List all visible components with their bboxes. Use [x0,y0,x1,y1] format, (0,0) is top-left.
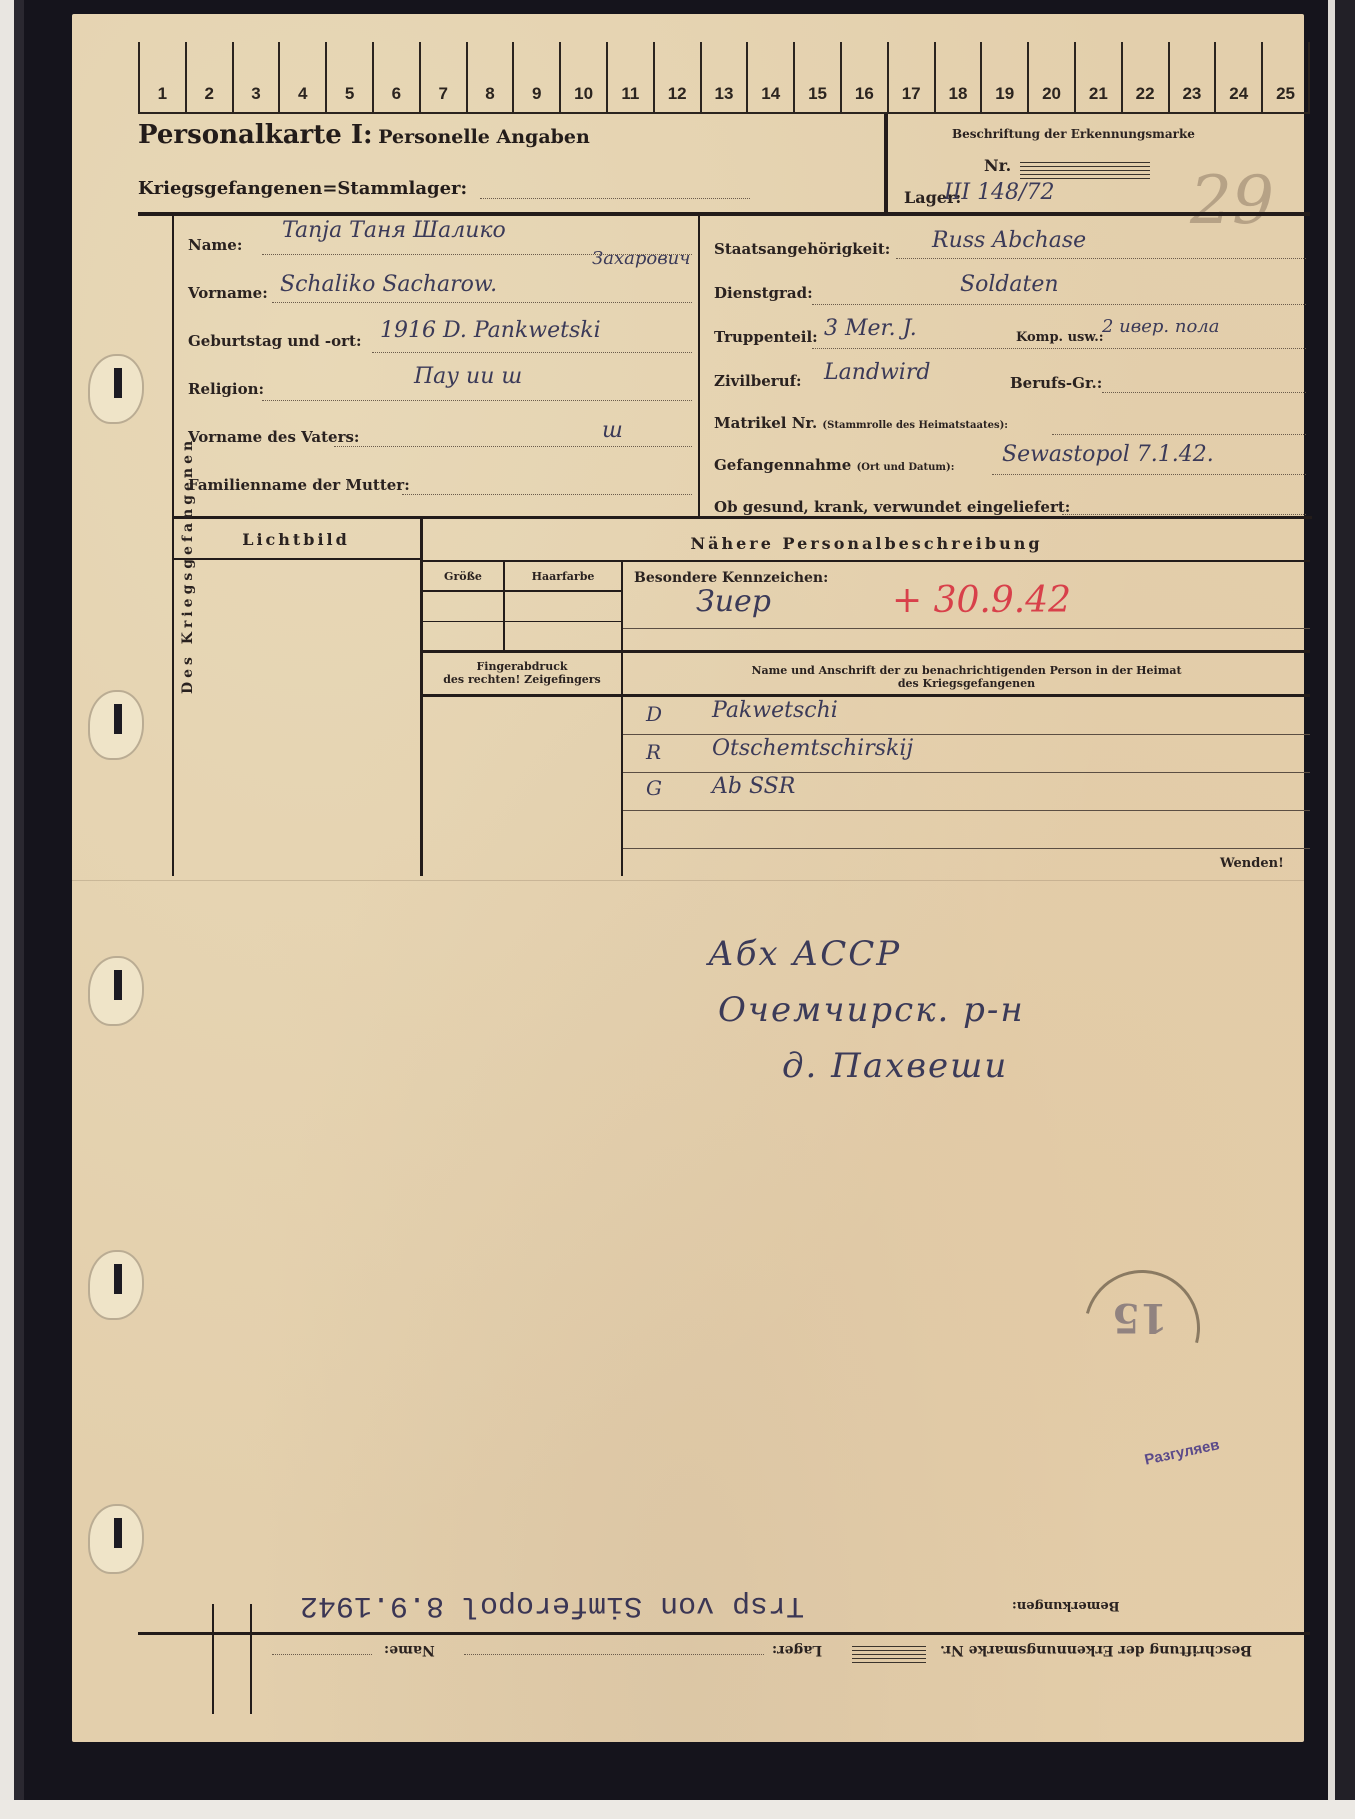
rule [423,590,623,592]
nr-lines [1020,162,1150,182]
field-value-company: 2 ивер. пола [1102,316,1219,337]
rule [423,621,623,622]
number-cell: 22 [1121,42,1168,112]
card-title: Personalkarte I: Personelle Angaben [138,120,590,150]
field-label-nationality: Staatsangehörigkeit: [714,240,890,258]
field-value-patronymic: Захарович [592,248,690,269]
number-cell: 5 [325,42,372,112]
punch-hole [88,690,144,760]
number-strip: 1234567891011121314151617181920212223242… [138,42,1310,114]
fold-line [72,880,1304,881]
nr-label: Nr. [984,156,1011,175]
field-label-job-group: Berufs-Gr.: [1010,374,1102,392]
rule [250,1604,252,1714]
contact-prefix-2: R [646,740,661,764]
bottom-nr-lines [852,1646,926,1664]
line [272,302,692,303]
scan-edge-dark [14,0,24,1819]
field-label-matrikel: Matrikel Nr. (Stammrolle des Heimatstaat… [714,414,1008,432]
contact-line-1: Pakwetschi [712,698,838,723]
number-cell: 25 [1261,42,1310,112]
field-value-religion: Пау ии ш [414,364,522,389]
field-label-birth: Geburtstag und -ort: [188,332,362,350]
number-cell: 24 [1214,42,1261,112]
scan-edge-left [0,0,14,1819]
photo-label: Lichtbild [172,530,420,549]
field-value-vorname: Schaliko Sacharow. [280,272,497,297]
line [896,258,1306,259]
scan-edge-right-light [1328,0,1335,1800]
field-label-capture: Gefangennahme (Ort und Datum): [714,456,954,474]
rule [623,848,1310,849]
number-cell: 13 [700,42,747,112]
line [272,1654,372,1655]
matrikel-sublabel: (Stammrolle des Heimatstaates): [822,420,1008,431]
number-cell: 10 [559,42,606,112]
line [464,1654,764,1655]
line [1102,392,1306,393]
capture-label: Gefangennahme [714,456,851,474]
contact-prefix-1: D [646,702,662,726]
address-line-1: Абх АССР [708,934,901,974]
death-note: + 30.9.42 [892,580,1071,621]
bottom-tag-label: Beschriftung der Erkennungsmarke Nr. [940,1642,1252,1658]
fingerprint-label: Fingerabdruck des rechten! Zeigefingers [423,660,621,686]
matrikel-label: Matrikel Nr. [714,414,817,432]
field-label-name: Name: [188,236,242,254]
rule [623,772,1310,773]
scan-edge-right [1335,0,1355,1819]
line [372,352,692,353]
line [1062,514,1306,515]
number-cell: 1 [138,42,185,112]
rule [138,1632,1310,1635]
number-cell: 14 [746,42,793,112]
stamp-number: 15 [1112,1294,1168,1341]
lager-value: III 148/72 [944,180,1054,205]
fingerprint-label-2: des rechten! Zeigefingers [423,673,621,686]
field-label-civil-job: Zivilberuf: [714,372,802,390]
contact-header-2: des Kriegsgefangenen [623,677,1310,690]
description-header: Nähere Personalbeschreibung [423,534,1310,553]
number-cell: 9 [512,42,559,112]
contact-prefix-3: G [646,776,662,800]
field-label-father: Vorname des Vaters: [188,428,359,446]
field-value-name: Tanja Таня Шалико [282,218,506,243]
contact-line-3: Ab SSR [712,774,795,799]
field-label-health: Ob gesund, krank, verwundet eingeliefert… [714,498,1070,516]
field-label-company: Komp. usw.: [1016,330,1104,345]
line [262,400,692,401]
rule [423,694,1310,697]
number-cell: 15 [793,42,840,112]
number-cell: 4 [278,42,325,112]
punch-hole [88,956,144,1026]
number-cell: 7 [419,42,466,112]
title-sub: Personelle Angaben [378,126,590,148]
bottom-lager-label: Lager: [772,1642,822,1658]
field-value-father: ш [602,418,623,443]
number-cell: 17 [887,42,934,112]
field-value-capture: Sewastopol 7.1.42. [1002,442,1214,467]
number-cell: 21 [1074,42,1121,112]
tag-box-title: Beschriftung der Erkennungsmarke [952,127,1195,141]
rule [623,810,1310,811]
rule [423,650,1310,653]
rule [621,562,623,876]
field-label-vorname: Vorname: [188,284,268,302]
number-cell: 8 [466,42,513,112]
contact-line-2: Otschemtschirskij [712,736,913,761]
rule [423,560,1310,562]
field-label-rank: Dienstgrad: [714,284,813,302]
number-cell: 11 [606,42,653,112]
number-cell: 2 [185,42,232,112]
punch-hole [88,1504,144,1574]
size-label: Größe [423,570,503,583]
rule [172,516,1312,519]
remarks-label: Bemerkungen: [1012,1598,1120,1613]
number-cell: 12 [653,42,700,112]
contact-header-1: Name und Anschrift der zu benachrichtige… [623,664,1310,677]
marks-value: Зиер [696,584,771,619]
title-main: Personalkarte I: [138,120,373,150]
punch-hole [88,1250,144,1320]
hair-label: Haarfarbe [505,570,621,583]
transport-note: Trsp von Simferopol 8.9.1942 [300,1588,804,1622]
stammlager-line [480,198,750,199]
line [402,494,692,495]
fingerprint-label-1: Fingerabdruck [423,660,621,673]
field-label-mother: Familienname der Mutter: [188,476,410,494]
contact-header: Name und Anschrift der zu benachrichtige… [623,664,1310,690]
bottom-name-label: Name: [384,1642,435,1658]
address-line-3: д. Пахвеши [782,1046,1008,1086]
number-cell: 6 [372,42,419,112]
capture-sublabel: (Ort und Datum): [857,462,955,473]
field-value-civil-job: Landwird [824,360,930,385]
address-line-2: Очемчирск. р-н [718,990,1025,1030]
number-cell: 18 [934,42,981,112]
rule [623,734,1310,735]
field-value-unit: 3 Mer. J. [824,316,917,341]
rule [212,1604,214,1714]
divider [884,114,888,216]
personal-card: 1234567891011121314151617181920212223242… [72,14,1304,1742]
stammlager-label: Kriegsgefangenen=Stammlager: [138,178,467,199]
turn-over-label: Wenden! [1220,856,1284,871]
rule [698,212,700,518]
field-value-birth: 1916 D. Pankwetski [380,318,601,343]
number-cell: 3 [232,42,279,112]
line [812,348,1306,349]
scan-edge-bottom [0,1800,1355,1819]
field-label-religion: Religion: [188,380,264,398]
number-cell: 23 [1168,42,1215,112]
rule [172,558,420,560]
field-value-nationality: Russ Abchase [932,228,1086,253]
line [1052,434,1306,435]
rule [138,212,1310,216]
number-cell: 20 [1027,42,1074,112]
field-value-rank: Soldaten [960,272,1059,297]
rule [623,628,1310,629]
purple-stamp: Разгуляев [1143,1436,1221,1468]
pencil-number: 29 [1190,162,1274,239]
punch-hole [88,354,144,424]
line [992,474,1306,475]
line [334,446,692,447]
number-cell: 16 [840,42,887,112]
number-cell: 19 [980,42,1027,112]
line [812,304,1306,305]
field-label-unit: Truppenteil: [714,328,818,346]
